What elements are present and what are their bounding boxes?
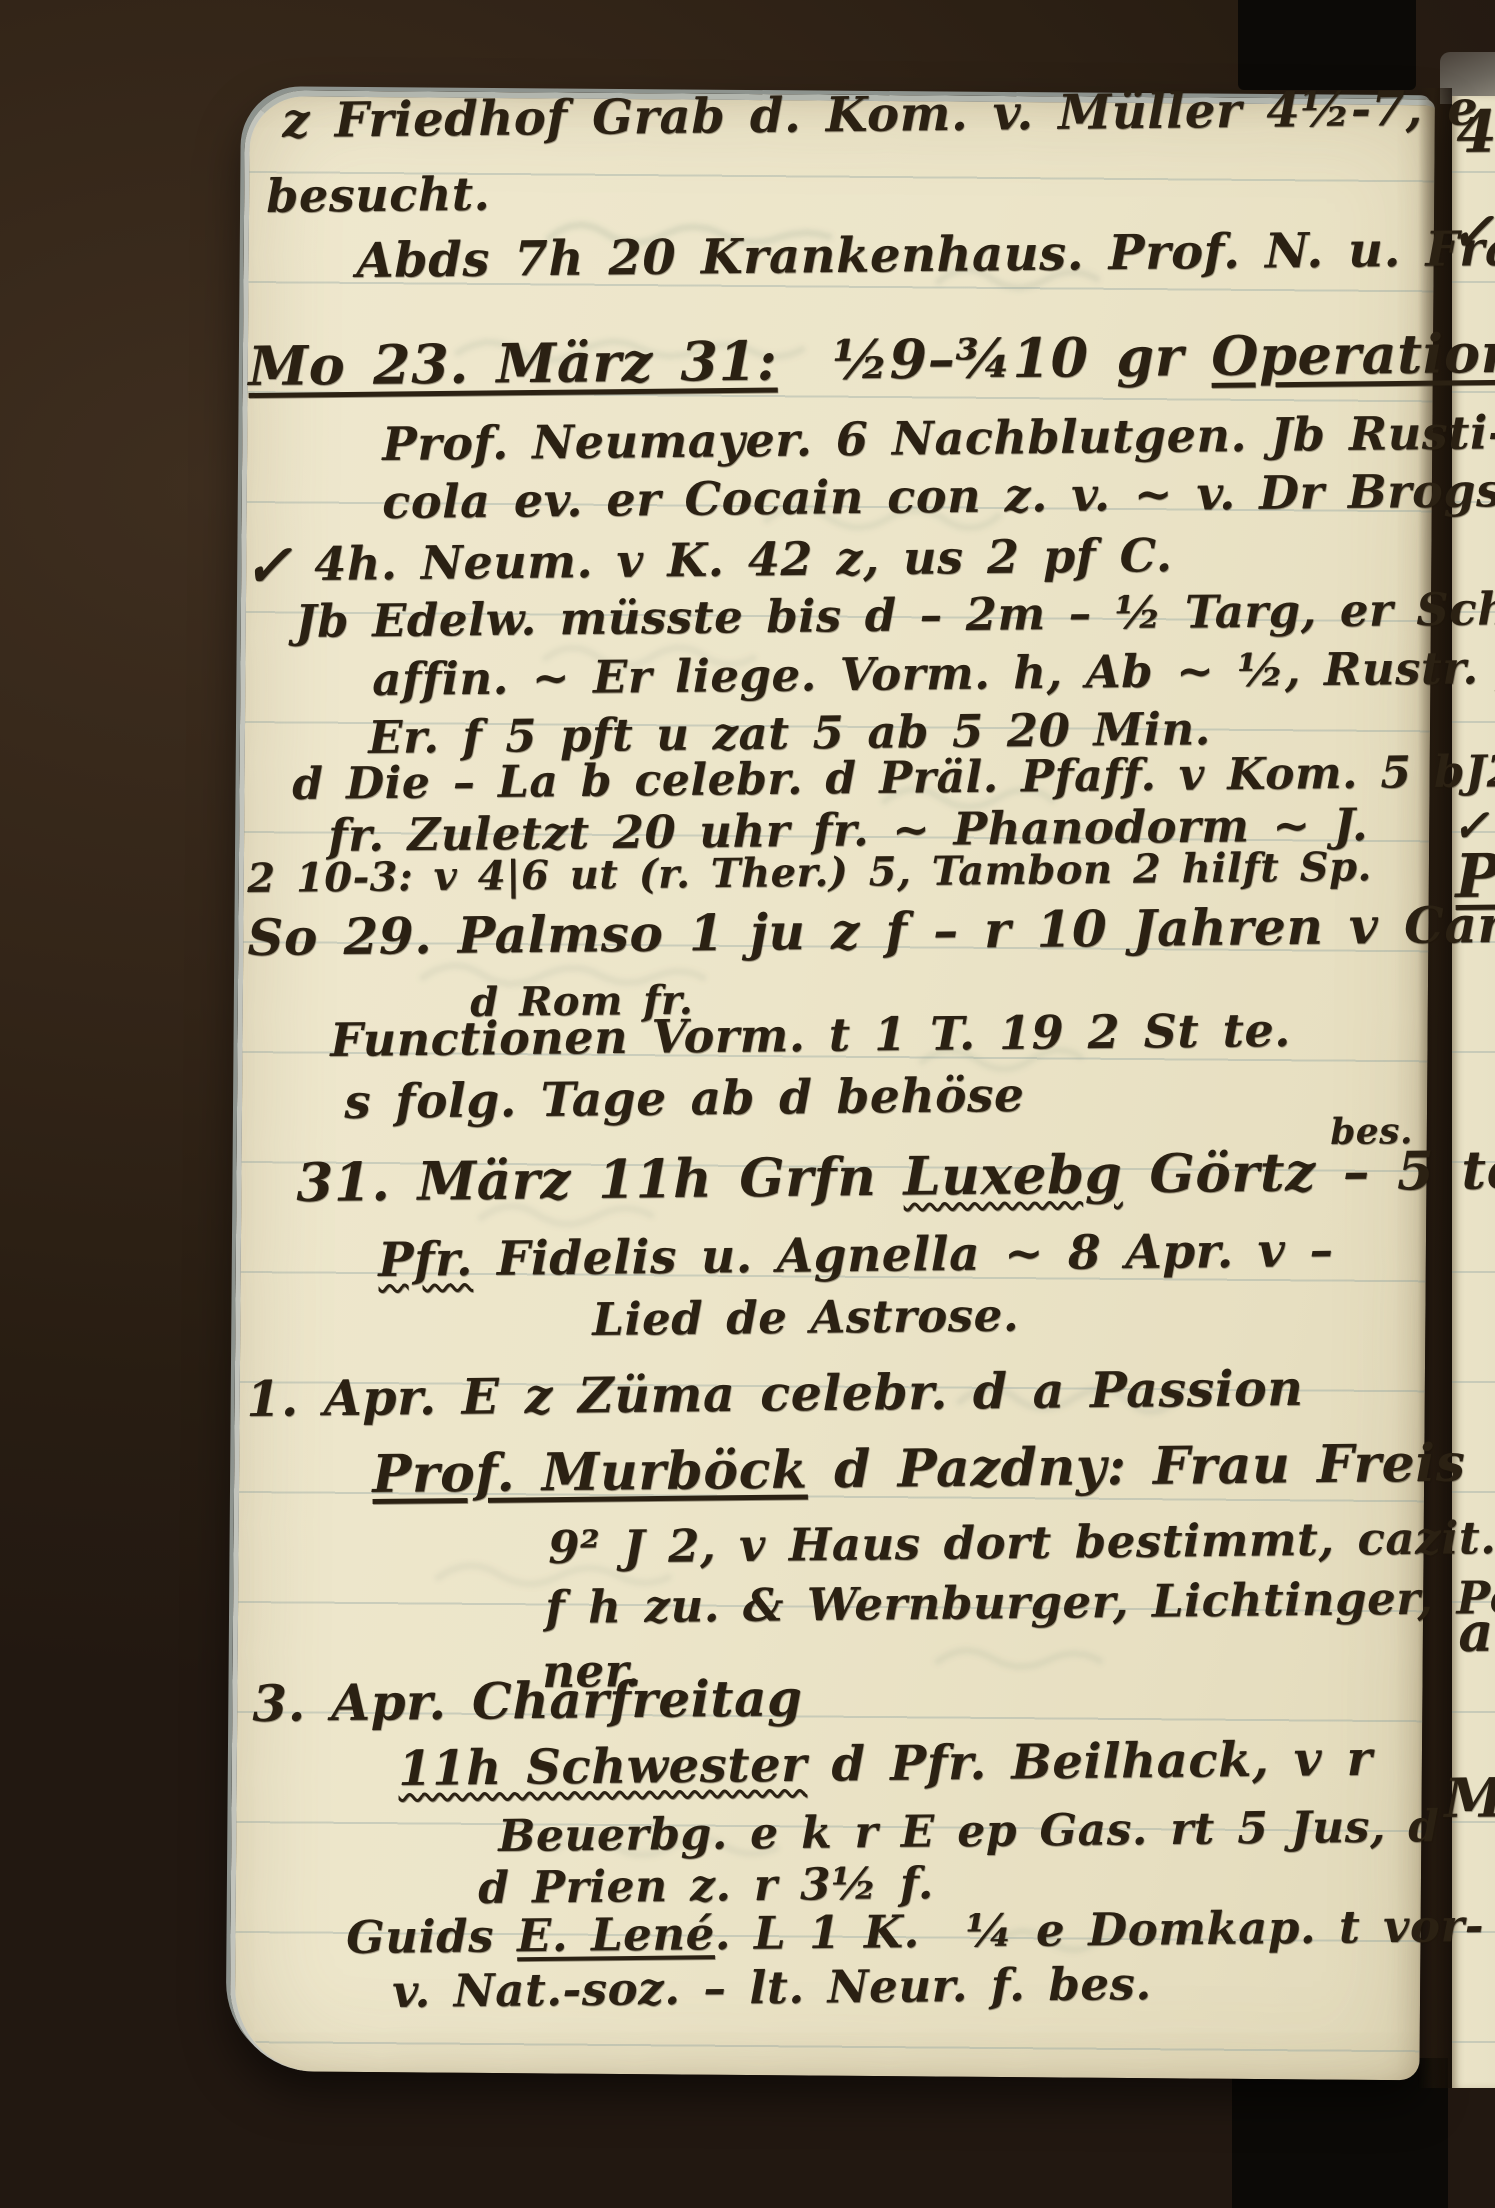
diary-page-left bbox=[229, 90, 1435, 2080]
page-gutter-shadow bbox=[1418, 88, 1452, 2088]
photo-backdrop: z Friedhof Grab d. Kom. v. Müller 4½-7, … bbox=[0, 0, 1495, 2208]
ink-showthrough bbox=[234, 96, 1434, 2080]
ruled-lines bbox=[234, 96, 1434, 2080]
diary-page-right-sliver bbox=[1452, 96, 1495, 2088]
cover-strip-bottom bbox=[1232, 2058, 1448, 2208]
cover-strip-top bbox=[1238, 0, 1416, 90]
ruled-lines bbox=[1452, 96, 1495, 2088]
